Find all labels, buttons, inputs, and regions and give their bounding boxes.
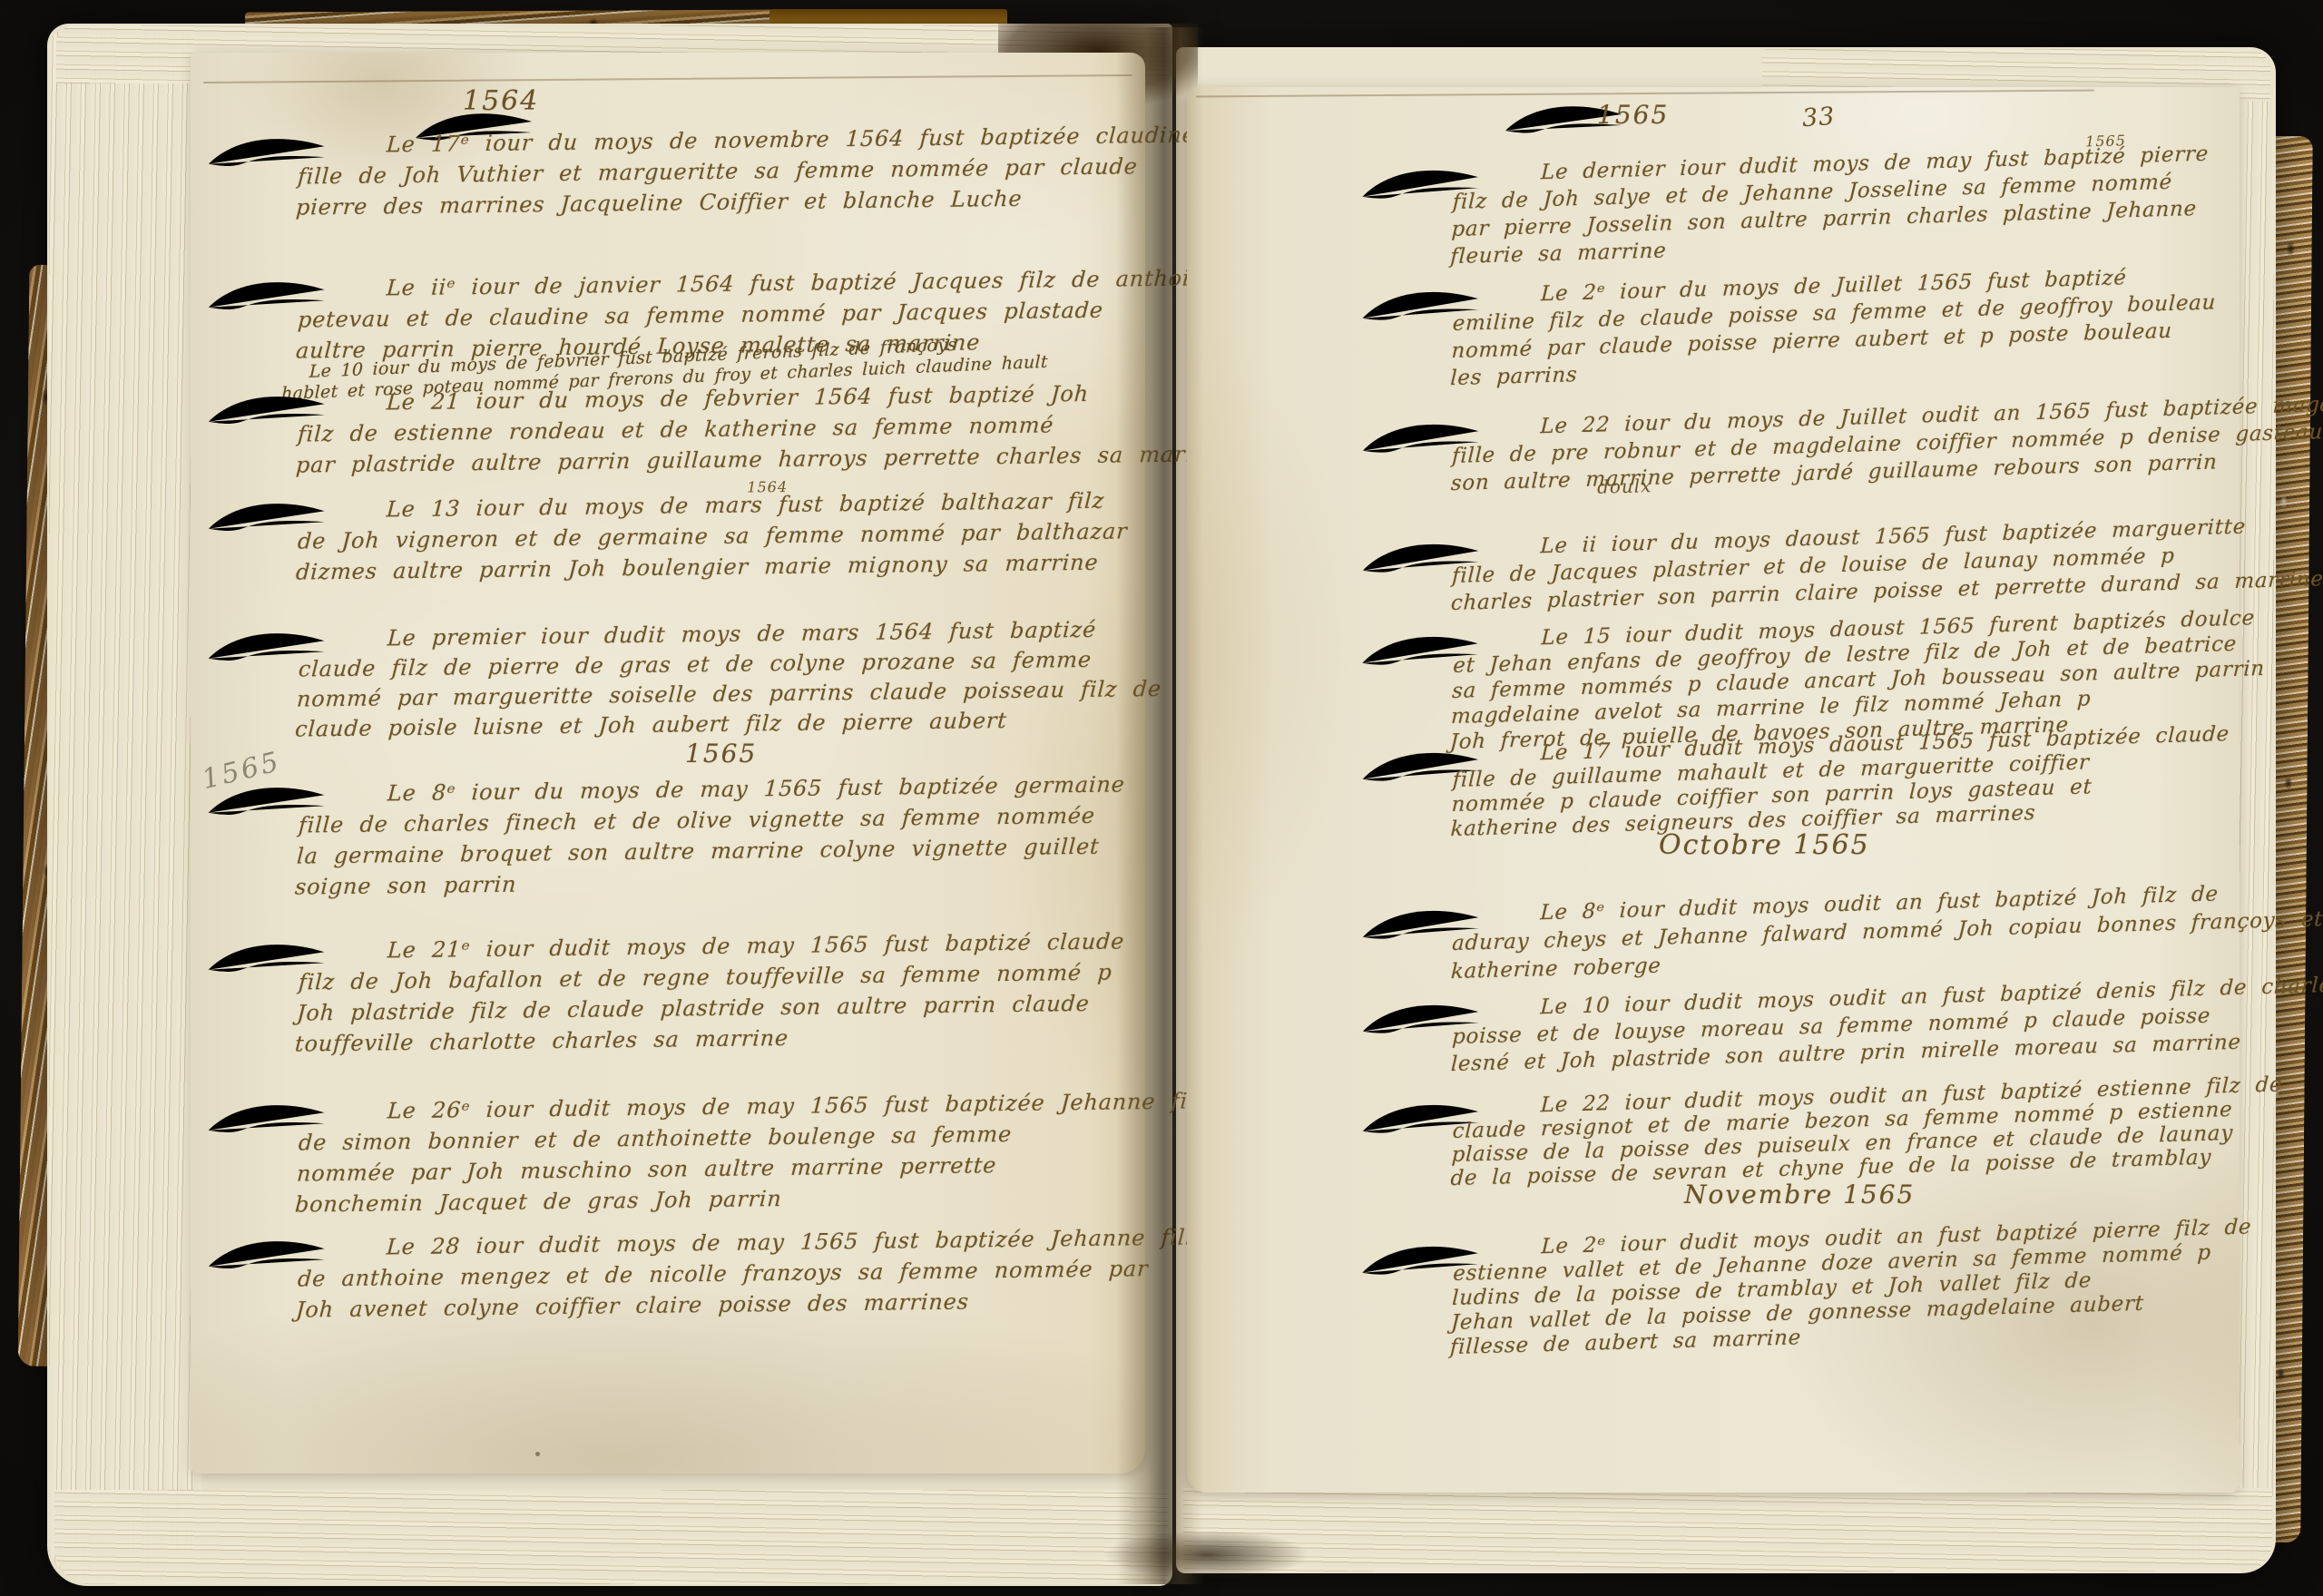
spine-bottom-shadow	[1080, 1532, 1334, 1590]
left-block-fore-edge	[49, 27, 201, 1581]
baptism-entry: Le 22 iour dudit moys oudit an fust bapt…	[1451, 1074, 2234, 1190]
baptism-entry: Le 21 iour du moys de febvrier 1564 fust…	[297, 377, 1123, 480]
baptism-entry: Le 2ᵉ iour du moys de Juillet 1565 fust …	[1450, 261, 2233, 392]
baptism-entry: Le 26ᵉ iour dudit moys de may 1565 fust …	[297, 1086, 1124, 1219]
right-block-bottom-edge	[1183, 1488, 2272, 1572]
baptism-entry: 1564 Le 13 iour du moys de mars fust bap…	[297, 485, 1123, 587]
baptism-entry: Le ii iour du moys daoust 1565 fust bapt…	[1451, 514, 2233, 617]
baptism-entry: Le 22 iour du moys de Juillet oudit an 1…	[1451, 394, 2233, 497]
baptism-entry: Le 8ᵉ iour du moys de may 1565 fust bapt…	[297, 769, 1124, 902]
year-heading-right: 1565	[1597, 100, 1669, 130]
mid-year-heading: 1565	[685, 739, 757, 769]
header-rule	[203, 74, 1132, 83]
right-page: 1565 33 1565 Le dernier iour dudit moys …	[1187, 87, 2240, 1493]
baptism-entry: Le 21ᵉ iour dudit moys de may 1565 fust …	[297, 925, 1124, 1059]
baptism-entry: Le 2ᵉ iour dudit moys oudit an fust bapt…	[1450, 1216, 2233, 1360]
month-heading-november: Novembre 1565	[1684, 1180, 1915, 1209]
left-block-bottom-edge	[54, 1490, 1169, 1584]
entry-tail-word: doulx	[1597, 475, 1652, 498]
baptism-entry: Le 28 iour dudit moys de may 1565 fust b…	[297, 1222, 1123, 1325]
left-page: 1564 Le 17ᵉ iour du moys de novembre 156…	[191, 53, 1145, 1474]
month-heading-october: Octobre 1565	[1659, 829, 1870, 861]
baptism-entry: Le 17 iour dudit moys daoust 1565 fust b…	[1451, 722, 2234, 842]
baptism-entry: Le premier iour dudit moys de mars 1564 …	[297, 614, 1124, 744]
baptism-entry: Le 8ᵉ iour dudit moys oudit an fust bapt…	[1451, 880, 2233, 986]
folio-number: 33	[1801, 103, 1836, 132]
ink-dot	[535, 1452, 540, 1456]
baptism-entry: Le 17ᵉ iour du moys de novembre 1564 fus…	[297, 120, 1123, 222]
baptism-entry: Le 10 iour dudit moys oudit an fust bapt…	[1451, 974, 2233, 1078]
header-rule	[1196, 90, 2094, 98]
baptism-entry: 1565 Le dernier iour dudit moys de may f…	[1450, 140, 2233, 270]
manuscript-photo: 1564 Le 17ᵉ iour du moys de novembre 156…	[0, 0, 2323, 1596]
